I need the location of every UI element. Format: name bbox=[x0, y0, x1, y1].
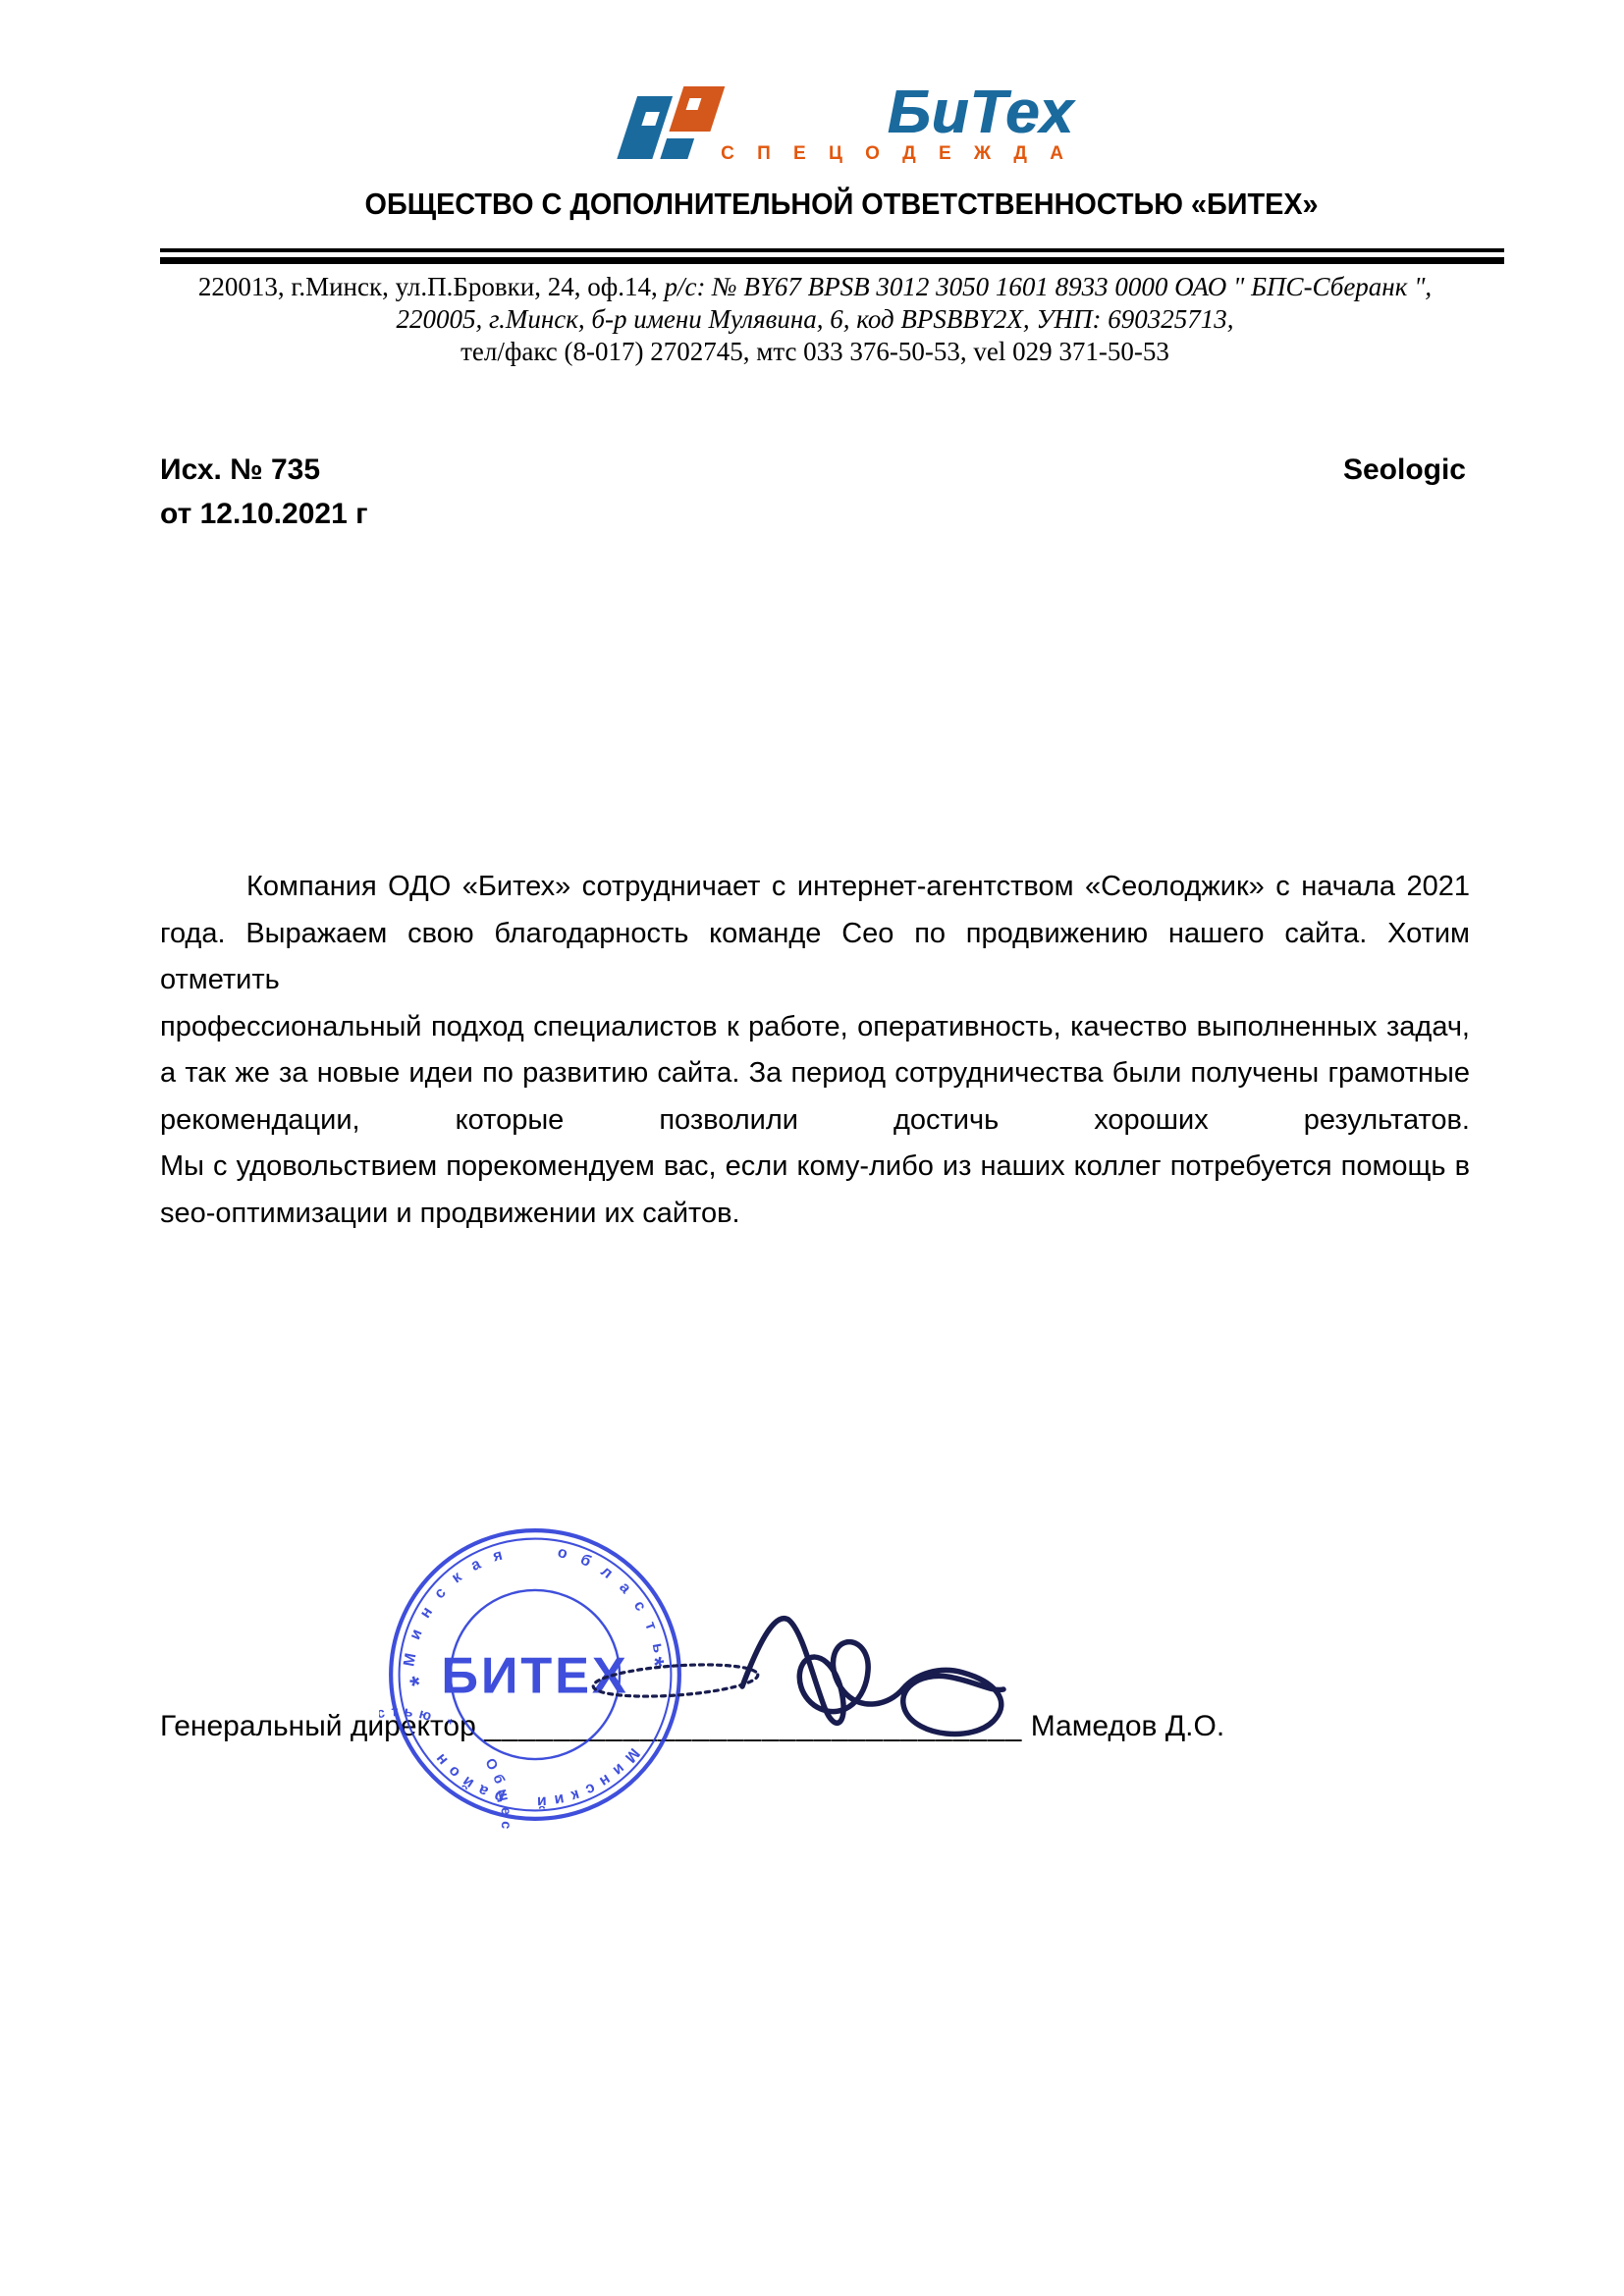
body-line: seo-оптимизации и продвижении их сайтов. bbox=[160, 1191, 1470, 1238]
stamp-center-text: БИТЕХ bbox=[441, 1648, 628, 1705]
company-stamp: Минская область Минский район Общество с… bbox=[379, 1519, 691, 1831]
logo-shape-blue-small bbox=[660, 138, 694, 159]
bitex-logo-icon bbox=[611, 86, 730, 161]
body-line: а так же за новые идеи по развитию сайта… bbox=[160, 1050, 1470, 1097]
signatory-name: Мамедов Д.О. bbox=[1031, 1710, 1224, 1742]
letter-page: БиТех С П Е Ц О Д Е Ж Д А ОБЩЕСТВО С ДОП… bbox=[0, 0, 1624, 2296]
address-block: 220013, г.Минск, ул.П.Бровки, 24, оф.14,… bbox=[118, 271, 1512, 368]
stamp-asterisk-left: * bbox=[406, 1669, 426, 1700]
logo-brand-name: БиТех bbox=[887, 84, 1073, 142]
address-line-1-regular: 220013, г.Минск, ул.П.Бровки, 24, оф.14, bbox=[198, 272, 665, 301]
address-line-1: 220013, г.Минск, ул.П.Бровки, 24, оф.14,… bbox=[118, 271, 1512, 303]
reference-left: Исх. № 735 от 12.10.2021 г bbox=[160, 448, 368, 536]
logo-text: БиТех С П Е Ц О Д Е Ж Д А bbox=[721, 84, 1074, 165]
body-line: рекомендации, которые позволили достичь … bbox=[160, 1097, 1470, 1145]
reference-row: Исх. № 735 от 12.10.2021 г Seologic bbox=[160, 448, 1466, 536]
body-paragraph: Компания ОДО «Битех» сотрудничает с инте… bbox=[160, 864, 1470, 1237]
body-line: Компания ОДО «Битех» сотрудничает с инте… bbox=[160, 864, 1470, 911]
company-title-text: ОБЩЕСТВО С ДОПОЛНИТЕЛЬНОЙ ОТВЕТСТВЕННОСТ… bbox=[364, 187, 1318, 222]
outgoing-number: Исх. № 735 bbox=[160, 448, 368, 492]
stamp-district-text: Минский район bbox=[428, 1744, 643, 1810]
divider-thick bbox=[160, 257, 1504, 264]
body-line: года. Выражаем свою благодарность команд… bbox=[160, 911, 1470, 1004]
recipient-name: Seologic bbox=[1343, 448, 1466, 492]
stamp-graphic: Минская область Минский район Общество с… bbox=[379, 1519, 691, 1831]
address-line-1-italic: р/с: № BY67 BPSB 3012 3050 1601 8933 000… bbox=[664, 272, 1432, 301]
address-line-3: тел/факс (8-017) 2702745, мтс 033 376-50… bbox=[118, 336, 1512, 368]
company-logo: БиТех С П Е Ц О Д Е Ж Д А bbox=[0, 84, 1624, 165]
signature-row: Генеральный директор ___________________… bbox=[160, 1710, 1470, 1743]
company-title: ОБЩЕСТВО С ДОПОЛНИТЕЛЬНОЙ ОТВЕТСТВЕННОСТ… bbox=[0, 187, 1624, 222]
divider-thin bbox=[160, 248, 1504, 252]
outgoing-date: от 12.10.2021 г bbox=[160, 492, 368, 536]
logo-inner: БиТех С П Е Ц О Д Е Ж Д А bbox=[623, 84, 1074, 165]
logo-subtitle: С П Е Ц О Д Е Ж Д А bbox=[721, 143, 1074, 165]
body-line: профессиональный подход специалистов к р… bbox=[160, 1004, 1470, 1051]
address-line-2: 220005, г.Минск, б-р имени Мулявина, 6, … bbox=[118, 303, 1512, 336]
body-line: Мы с удовольствием порекомендуем вас, ес… bbox=[160, 1144, 1470, 1191]
